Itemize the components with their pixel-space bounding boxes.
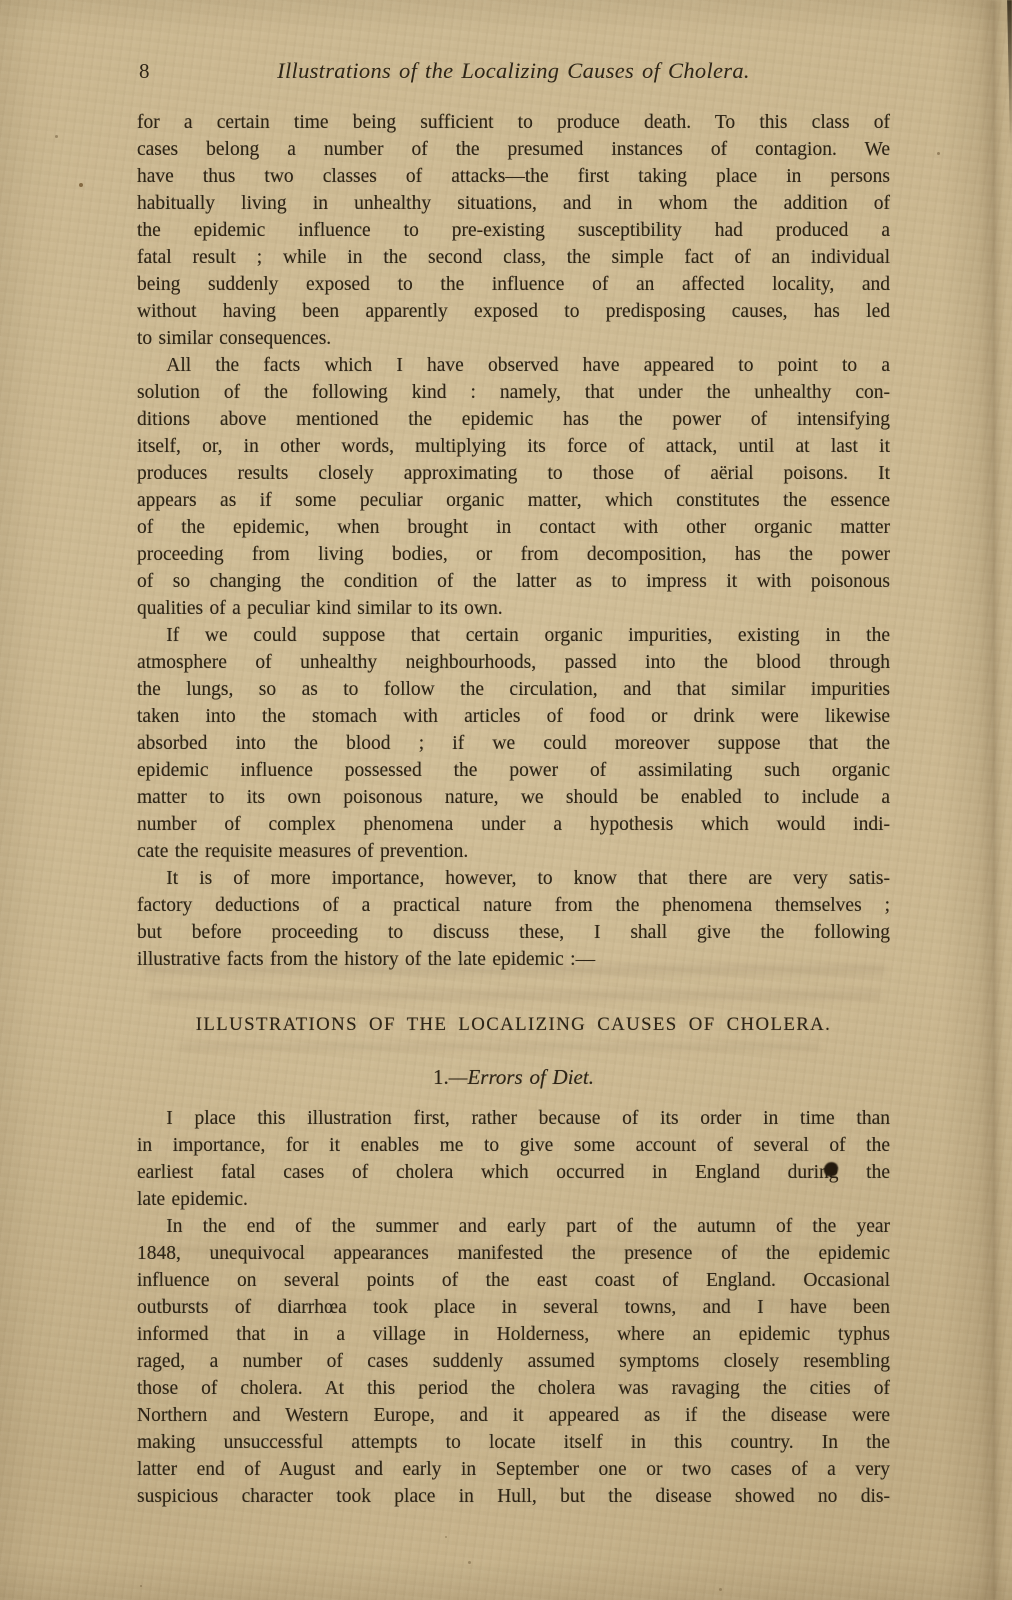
text-line: itself, or, in other words, multiplying … (137, 433, 890, 460)
binding-gutter-shadow (981, 0, 1003, 1600)
paragraph: It is of more importance, however, to kn… (137, 865, 890, 973)
text-line: qualities of a peculiar kind similar to … (137, 595, 890, 622)
text-line: Northern and Western Europe, and it appe… (137, 1402, 890, 1429)
text-line: proceeding from living bodies, or from d… (137, 541, 890, 568)
text-line: solution of the following kind : namely,… (137, 379, 890, 406)
text-line: informed that in a village in Holderness… (137, 1321, 890, 1348)
text-line: of the epidemic, when brought in contact… (137, 514, 890, 541)
page-header: 8 Illustrations of the Localizing Causes… (137, 57, 890, 85)
text-line: in importance, for it enables me to give… (137, 1132, 890, 1159)
text-line: atmosphere of unhealthy neighbourhoods, … (137, 649, 890, 676)
text-line: the lungs, so as to follow the circulati… (137, 676, 890, 703)
scan-edge-dark-strip (1005, 0, 1012, 150)
text-line: 1848, unequivocal appearances manifested… (137, 1240, 890, 1267)
text-line: produces results closely approximating t… (137, 460, 890, 487)
sub-heading-number: 1. (433, 1065, 449, 1089)
text-line: taken into the stomach with articles of … (137, 703, 890, 730)
foxing-speck (937, 152, 940, 155)
text-line: latter end of August and early in Septem… (137, 1456, 890, 1483)
text-line: All the facts which I have observed have… (137, 352, 890, 379)
text-line: suspicious character took place in Hull,… (137, 1483, 890, 1510)
text-line: cases belong a number of the presumed in… (137, 136, 890, 163)
text-line: of so changing the condition of the latt… (137, 568, 890, 595)
running-title: Illustrations of the Localizing Causes o… (137, 57, 890, 85)
foxing-speck (79, 183, 83, 187)
page-crease (993, 0, 995, 1600)
text-line: factory deductions of a practical nature… (137, 892, 890, 919)
sub-heading: 1.—Errors of Diet. (137, 1063, 890, 1091)
text-line: It is of more importance, however, to kn… (137, 865, 890, 892)
text-line: appears as if some peculiar organic matt… (137, 487, 890, 514)
text-line: have thus two classes of attacks—the fir… (137, 163, 890, 190)
foxing-speck (719, 1588, 722, 1591)
paragraph: All the facts which I have observed have… (137, 352, 890, 622)
text-line: influence on several points of the east … (137, 1267, 890, 1294)
paragraph: In the end of the summer and early part … (137, 1213, 890, 1510)
text-line: the epidemic influence to pre-existing s… (137, 217, 890, 244)
paragraph: I place this illustration first, rather … (137, 1105, 890, 1213)
text-block: for a certain time being sufficient to p… (137, 109, 890, 1510)
scanned-book-page: 8 Illustrations of the Localizing Causes… (0, 0, 1012, 1600)
text-line: cate the requisite measures of preventio… (137, 838, 890, 865)
text-line: number of complex phenomena under a hypo… (137, 811, 890, 838)
text-line: making unsuccessful attempts to locate i… (137, 1429, 890, 1456)
text-line: ditions above mentioned the epidemic has… (137, 406, 890, 433)
text-line: being suddenly exposed to the influence … (137, 271, 890, 298)
text-line: those of cholera. At this period the cho… (137, 1375, 890, 1402)
text-line: outbursts of diarrhœa took place in seve… (137, 1294, 890, 1321)
text-line: I place this illustration first, rather … (137, 1105, 890, 1132)
text-line: absorbed into the blood ; if we could mo… (137, 730, 890, 757)
paragraph: If we could suppose that certain organic… (137, 622, 890, 865)
text-line: fatal result ; while in the second class… (137, 244, 890, 271)
section-heading: ILLUSTRATIONS OF THE LOCALIZING CAUSES O… (137, 1013, 890, 1037)
text-line: epidemic influence possessed the power o… (137, 757, 890, 784)
text-line: earliest fatal cases of cholera which oc… (137, 1159, 890, 1186)
text-line: but before proceeding to discuss these, … (137, 919, 890, 946)
text-line: without having been apparently exposed t… (137, 298, 890, 325)
foxing-speck (468, 1561, 471, 1564)
paragraph: for a certain time being sufficient to p… (137, 109, 890, 352)
text-line: raged, a number of cases suddenly assume… (137, 1348, 890, 1375)
text-line: matter to its own poisonous nature, we s… (137, 784, 890, 811)
page-number: 8 (139, 57, 150, 85)
text-line: to similar consequences. (137, 325, 890, 352)
text-line: habitually living in unhealthy situation… (137, 190, 890, 217)
sub-heading-title: —Errors of Diet. (449, 1065, 594, 1089)
text-line: illustrative facts from the history of t… (137, 946, 890, 973)
text-line: In the end of the summer and early part … (137, 1213, 890, 1240)
text-line: If we could suppose that certain organic… (137, 622, 890, 649)
text-line: late epidemic. (137, 1186, 890, 1213)
foxing-speck (445, 1536, 447, 1538)
foxing-speck (140, 1585, 142, 1587)
foxing-speck (55, 135, 58, 138)
text-line: for a certain time being sufficient to p… (137, 109, 890, 136)
